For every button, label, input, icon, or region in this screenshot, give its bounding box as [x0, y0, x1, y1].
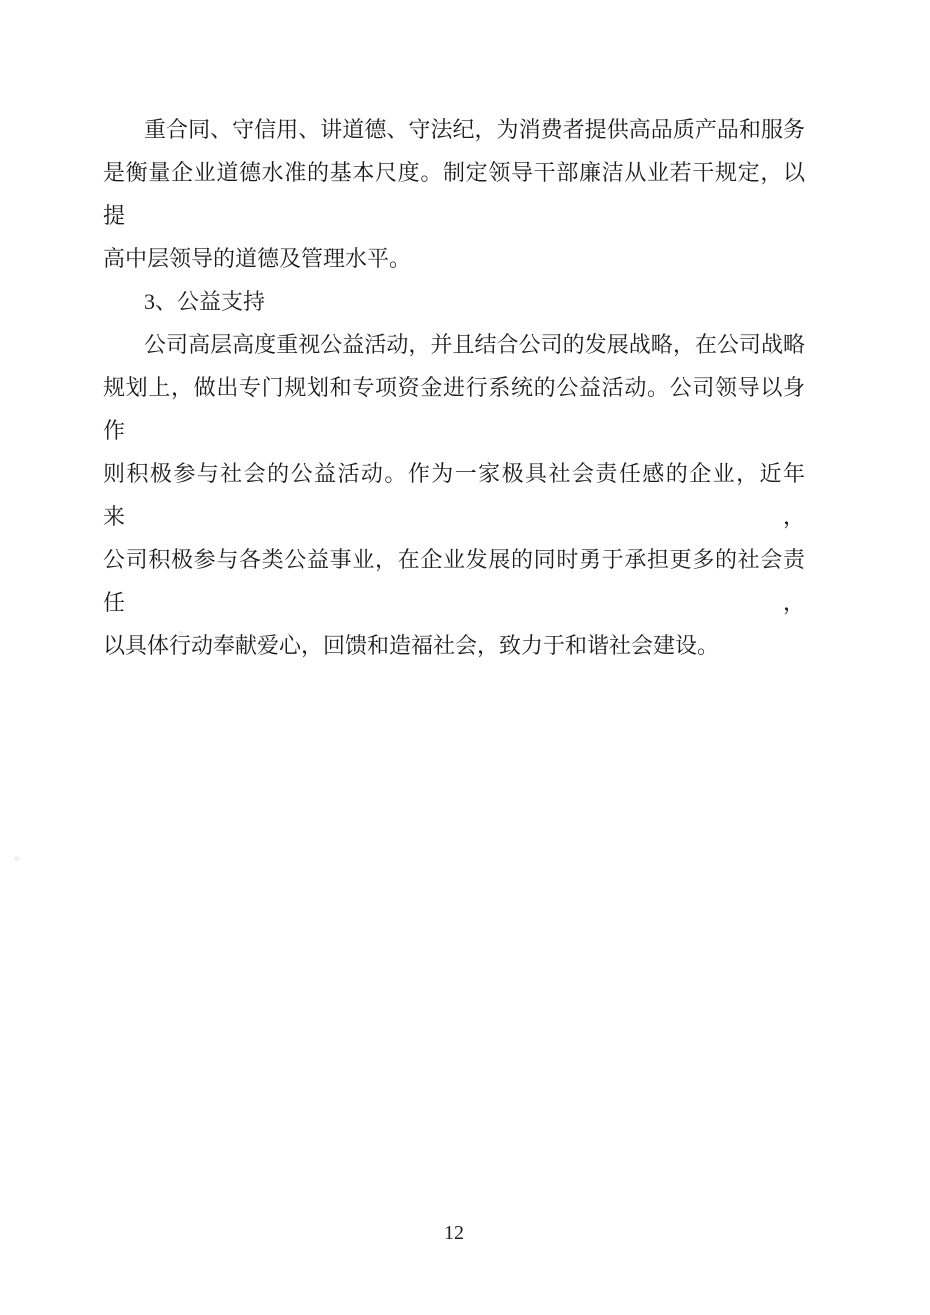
scan-artifact-dot — [14, 856, 20, 861]
scan-artifact-dot — [178, 631, 183, 635]
page-number: 12 — [103, 1221, 805, 1245]
paragraph-line: 重合同、守信用、讲道德、守法纪，为消费者提供高品质产品和服务 — [103, 108, 805, 151]
paragraph-line: 高中层领导的道德及管理水平。 — [103, 237, 805, 280]
section-heading: 3、公益支持 — [103, 280, 805, 323]
document-page: 重合同、守信用、讲道德、守法纪，为消费者提供高品质产品和服务 是衡量企业道德水准… — [0, 0, 930, 1315]
paragraph-line: 公司积极参与各类公益事业，在企业发展的同时勇于承担更多的社会责任， — [103, 538, 805, 624]
paragraph-line: 公司高层高度重视公益活动，并且结合公司的发展战略，在公司战略 — [103, 323, 805, 366]
paragraph-line: 以具体行动奉献爱心，回馈和造福社会，致力于和谐社会建设。 — [103, 624, 805, 667]
paragraph-line: 是衡量企业道德水准的基本尺度。制定领导干部廉洁从业若干规定，以提 — [103, 151, 805, 237]
body-text-block: 重合同、守信用、讲道德、守法纪，为消费者提供高品质产品和服务 是衡量企业道德水准… — [103, 108, 805, 667]
paragraph-line: 规划上，做出专门规划和专项资金进行系统的公益活动。公司领导以身作 — [103, 366, 805, 452]
paragraph-line: 则积极参与社会的公益活动。作为一家极具社会责任感的企业，近年来， — [103, 452, 805, 538]
